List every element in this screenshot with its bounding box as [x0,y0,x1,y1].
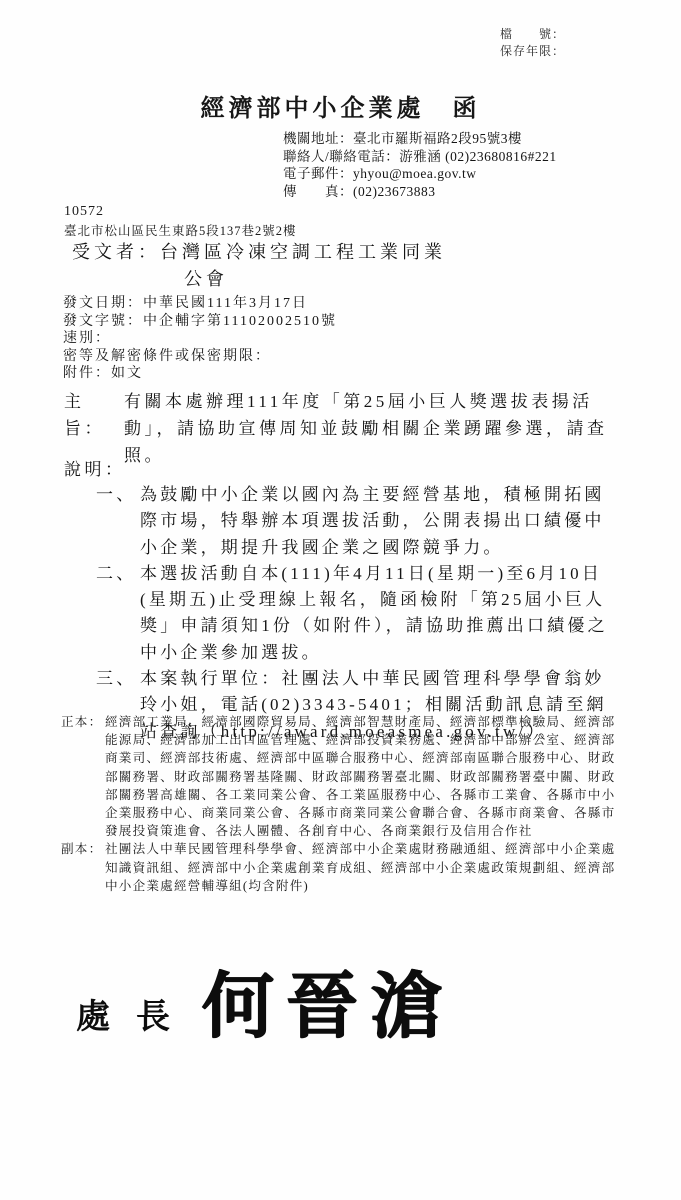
retention-period-label: 保存年限： [500,43,565,60]
attachment-line: 附件：如文 [63,365,337,383]
document-meta-block: 發文日期：中華民國111年3月17日 發文字號：中企輔字第11102002510… [63,295,337,383]
security-class-line: 密等及解密條件或保密期限： [63,348,337,366]
subject-row: 主旨： 有關本處辦理111年度「第25屆小巨人獎選拔表揚活動」，請協助宣傳周知並… [64,388,620,469]
item-number: 一、 [96,482,140,561]
official-letter-document: 檔 號： 保存年限： 經濟部中小企業處 函 機關地址：臺北市羅斯福路2段95號3… [0,0,681,1200]
signature-block: 處長 何晉滄 [76,948,454,1052]
explanation-item-2: 二、 本選拔活動自本(111)年4月11日(星期一)至6月10日(星期五)止受理… [96,561,624,666]
signer-title: 處長 [76,989,196,1052]
agency-fax-line: 傳 真：(02)23673883 [283,183,557,201]
recipient-block: 受文者：台灣區冷凍空調工程工業同業 公會 [72,239,446,293]
file-number-block: 檔 號： 保存年限： [500,26,565,60]
doc-number-line: 發文字號：中企輔字第11102002510號 [63,313,337,331]
cc-copy-list: 社團法人中華民國管理科學學會、經濟部中小企業處財務融通組、經濟部中小企業處知識資… [105,840,621,895]
original-copy-row: 正本： 經濟部工業局、經濟部國際貿易局、經濟部智慧財產局、經濟部標準檢驗局、經濟… [61,713,621,840]
recipient-postal-code: 10572 [64,204,104,220]
recipient-name-line2: 公會 [184,266,446,293]
distribution-block: 正本： 經濟部工業局、經濟部國際貿易局、經濟部智慧財產局、經濟部標準檢驗局、經濟… [61,713,621,895]
explanation-items: 一、 為鼓勵中小企業以國內為主要經營基地，積極開拓國際市場，特舉辦本項選拔活動，… [96,482,624,745]
original-copy-list: 經濟部工業局、經濟部國際貿易局、經濟部智慧財產局、經濟部標準檢驗局、經濟部能源局… [105,713,621,840]
cc-copy-row: 副本： 社團法人中華民國管理科學學會、經濟部中小企業處財務融通組、經濟部中小企業… [61,840,621,895]
explanation-label: 說明： [64,455,126,480]
explanation-item-1: 一、 為鼓勵中小企業以國內為主要經營基地，積極開拓國際市場，特舉辦本項選拔活動，… [96,482,624,561]
recipient-address: 臺北市松山區民生東路5段137巷2號2樓 [64,221,297,239]
agency-email-line: 電子郵件：yhyou@moea.gov.tw [283,165,557,183]
signer-name: 何晉滄 [202,948,454,1052]
item-number: 二、 [96,561,140,666]
agency-contact-line: 聯絡人/聯絡電話：游雅涵 (02)23680816#221 [283,148,557,166]
cc-copy-label: 副本： [61,840,105,895]
letter-title: 經濟部中小企業處 函 [0,88,681,123]
file-number-label: 檔 號： [500,26,565,43]
issue-date-line: 發文日期：中華民國111年3月17日 [63,295,337,313]
item-text: 為鼓勵中小企業以國內為主要經營基地，積極開拓國際市場，特舉辦本項選拔活動，公開表… [140,482,624,561]
agency-contact-block: 機關地址：臺北市羅斯福路2段95號3樓 聯絡人/聯絡電話：游雅涵 (02)236… [283,130,557,200]
recipient-name-line1: 受文者：台灣區冷凍空調工程工業同業 [72,239,446,266]
speed-class-line: 速別： [63,330,337,348]
agency-address-line: 機關地址：臺北市羅斯福路2段95號3樓 [283,130,557,148]
item-text: 本選拔活動自本(111)年4月11日(星期一)至6月10日(星期五)止受理線上報… [140,561,624,666]
subject-text: 有關本處辦理111年度「第25屆小巨人獎選拔表揚活動」，請協助宣傳周知並鼓勵相關… [124,388,620,469]
original-copy-label: 正本： [61,713,105,840]
